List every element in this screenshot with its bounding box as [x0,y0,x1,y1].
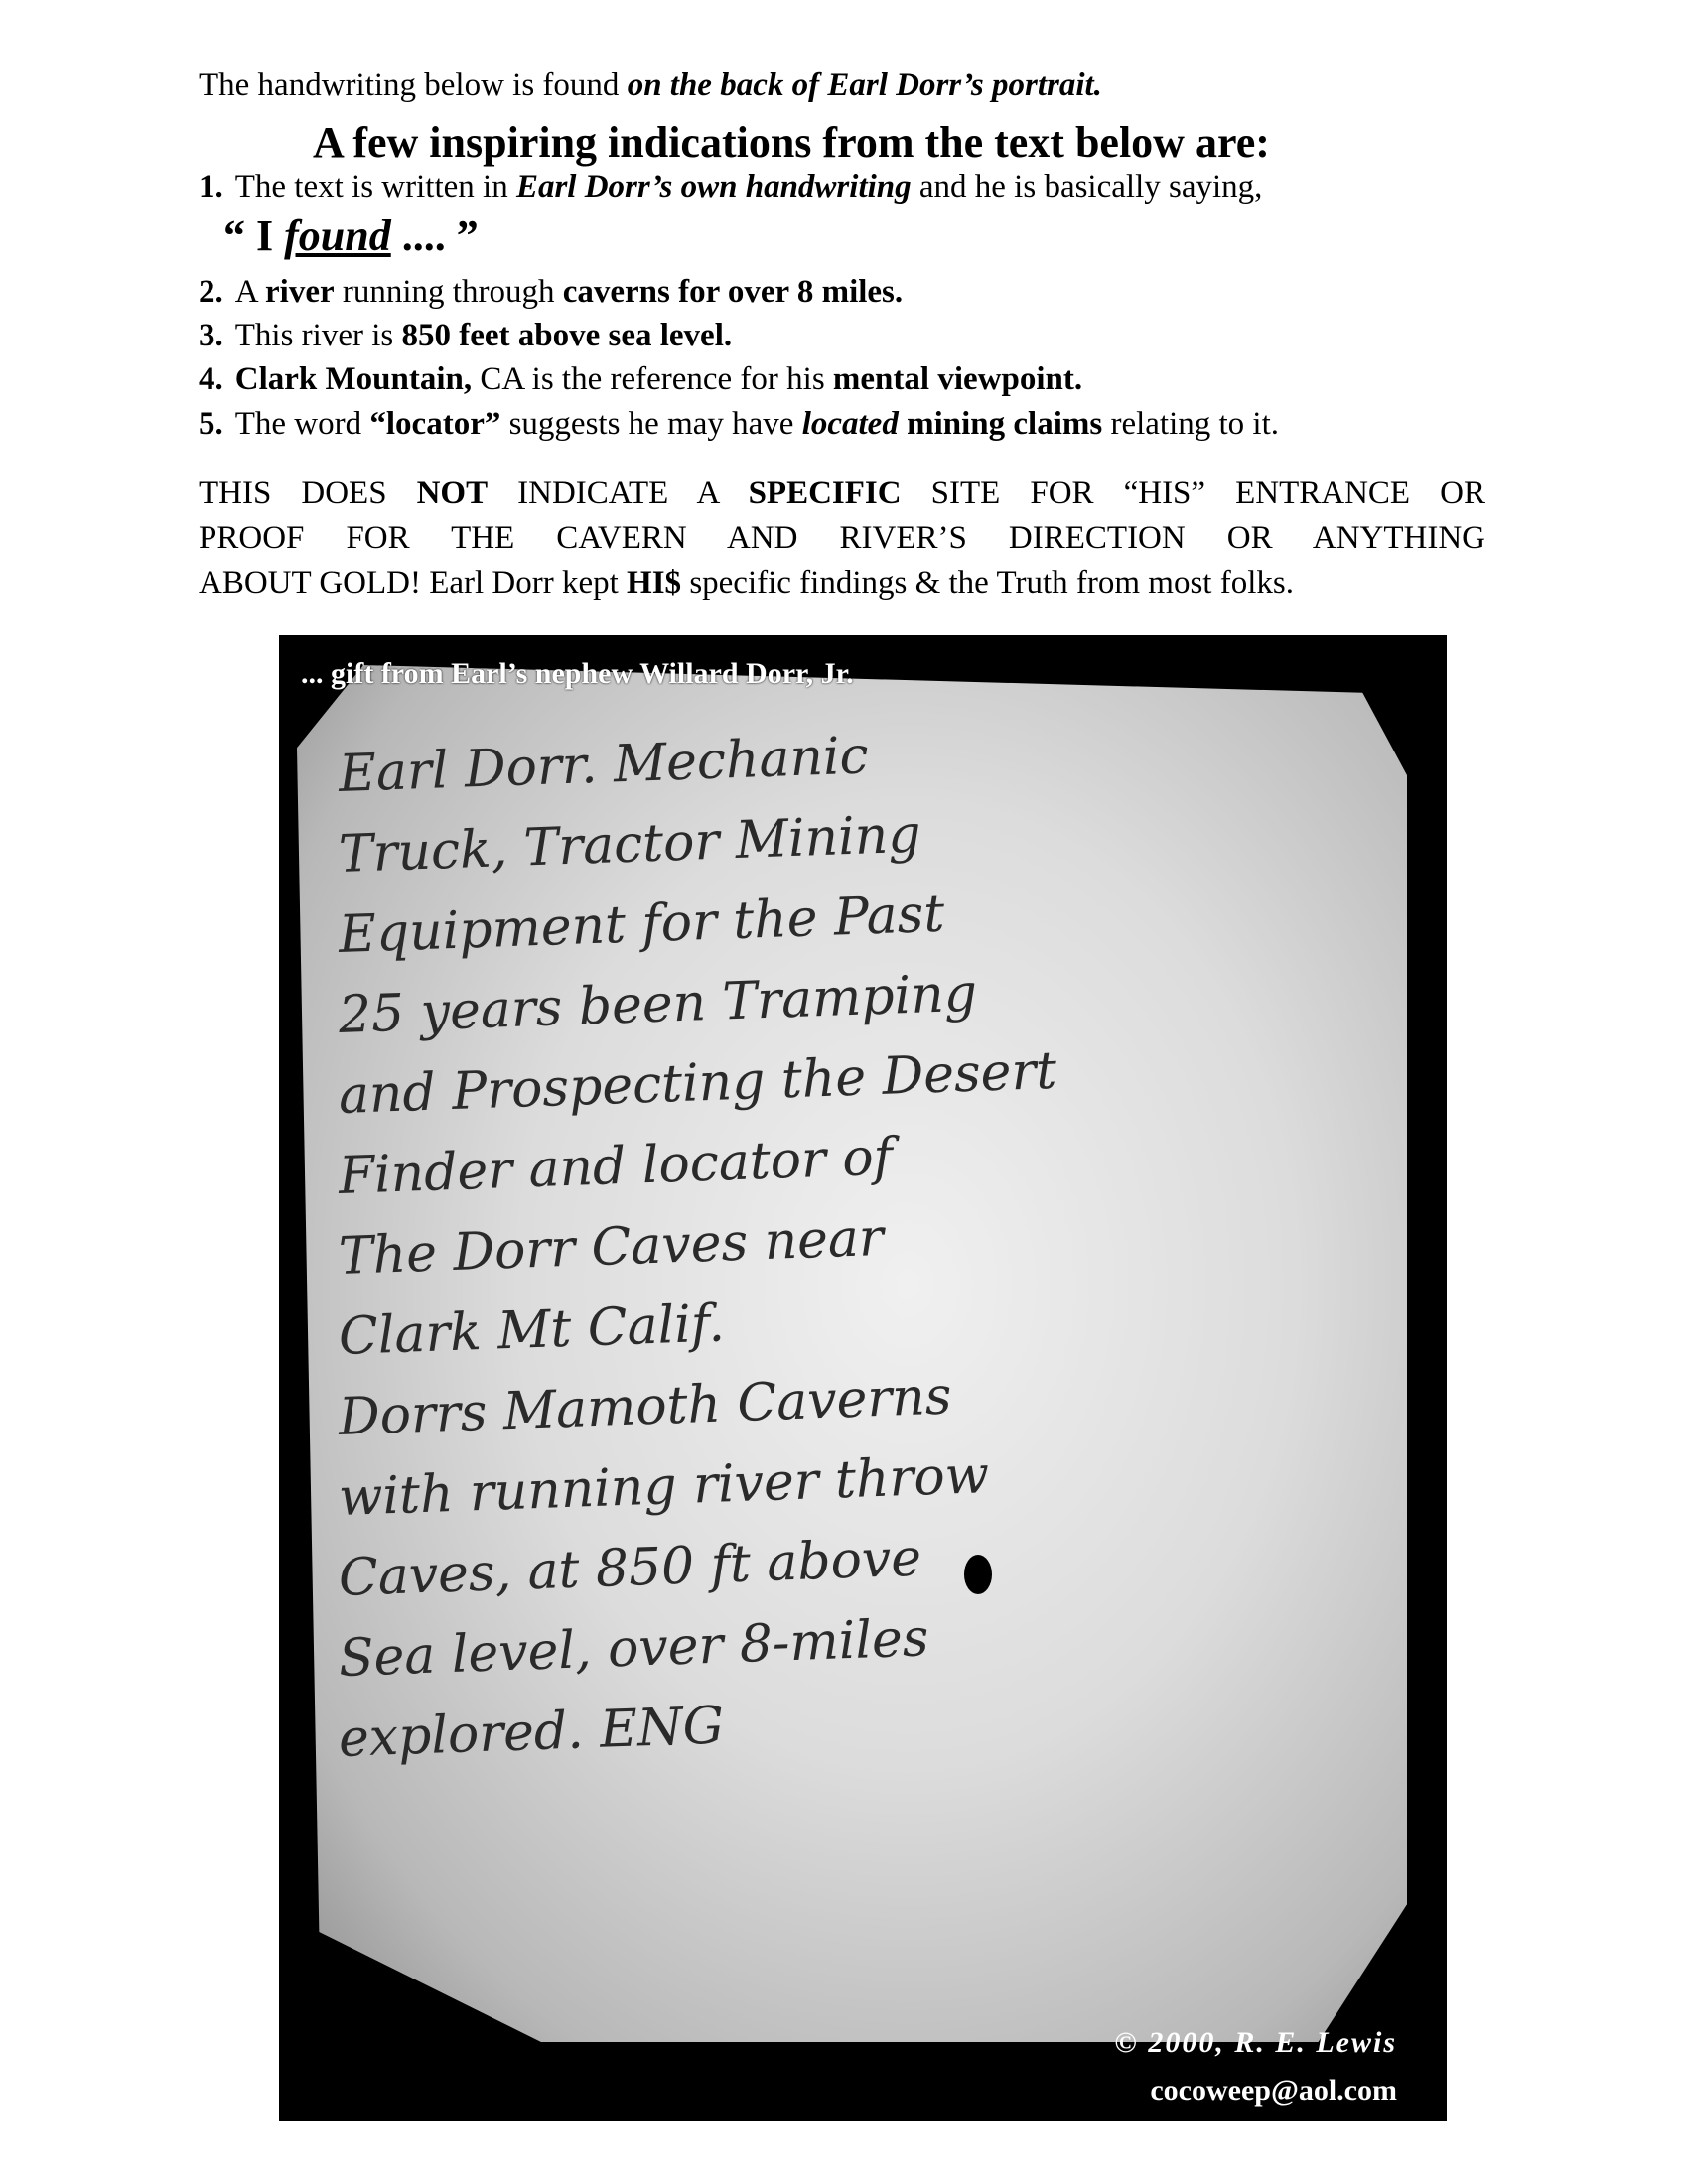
intro-emphasis: on the back of Earl Dorr’s portrait. [628,68,1102,103]
handwritten-note-photo: ... gift from Earl’s nephew Willard Dorr… [279,635,1447,2121]
item-emphasis: located [802,406,899,442]
page-heading: A few inspiring indications from the tex… [313,117,1270,168]
item-text: This river is [235,318,402,353]
list-item-4: 4.Clark Mountain, CA is the reference fo… [199,361,1082,398]
list-item-1: 1.The text is written in Earl Dorr’s own… [199,169,1262,205]
item-bold: Clark Mountain, [235,361,472,397]
item-number: 5. [199,406,223,442]
text: specific findings & the Truth from most … [681,565,1294,601]
item-bold: river [265,274,335,310]
item-text: and he is basically saying, [912,169,1263,205]
item-text: The text is written in [235,169,516,205]
item-text: suggests he may have [500,406,801,442]
list-item-2: 2.A river running through caverns for ov… [199,274,903,311]
disclaimer-line-2: PROOF FOR THE CAVERN AND RIVER’S DIRECTI… [199,516,1485,561]
bold-text: HI$ [627,565,681,601]
item-text: relating to it. [1102,406,1279,442]
item-number: 4. [199,361,223,397]
text: ABOUT GOLD! Earl Dorr kept [199,565,627,601]
item-text: running through [335,274,563,310]
ink-spot [964,1555,992,1594]
item-bold: mental viewpoint. [833,361,1082,397]
item-bold: mining claims [907,406,1102,442]
quote-found: found [284,211,391,260]
item-text: CA is the reference for his [472,361,833,397]
quote-rest: .... ” [391,211,479,260]
copyright-notice: © 2000, R. E. Lewis [1114,2026,1397,2060]
photo-caption: ... gift from Earl’s nephew Willard Dorr… [301,657,854,691]
bold-text: SPECIFIC [749,476,902,511]
item-text: A [235,274,265,310]
handwriting-text: Earl Dorr. Mechanic Truck, Tractor Minin… [339,735,1057,1780]
item-bold: “locator” [369,406,500,442]
intro-line: The handwriting below is found on the ba… [199,68,1102,104]
bold-text: NOT [417,476,489,511]
item-number: 2. [199,274,223,310]
item-number: 1. [199,169,223,205]
intro-text: The handwriting below is found [199,68,628,103]
item-text: The word [235,406,370,442]
found-quote: “ I found .... ” [223,210,479,261]
disclaimer-paragraph: THIS DOES NOT INDICATE A SPECIFIC SITE F… [199,472,1485,606]
quote-open: “ I [223,211,284,260]
item-emphasis: Earl Dorr’s own handwriting [516,169,912,205]
text: THIS DOES [199,476,417,511]
text: SITE FOR “HIS” ENTRANCE OR [902,476,1485,511]
item-number: 3. [199,318,223,353]
item-bold: 850 feet above sea level. [401,318,732,353]
list-item-5: 5.The word “locator” suggests he may hav… [199,406,1279,443]
text: INDICATE A [488,476,748,511]
contact-email: cocoweep@aol.com [1150,2074,1397,2108]
item-text [899,406,907,442]
list-item-3: 3.This river is 850 feet above sea level… [199,318,732,354]
disclaimer-line-3: ABOUT GOLD! Earl Dorr kept HI$ specific … [199,561,1485,606]
item-bold: caverns for over 8 miles. [563,274,903,310]
disclaimer-line-1: THIS DOES NOT INDICATE A SPECIFIC SITE F… [199,472,1485,516]
